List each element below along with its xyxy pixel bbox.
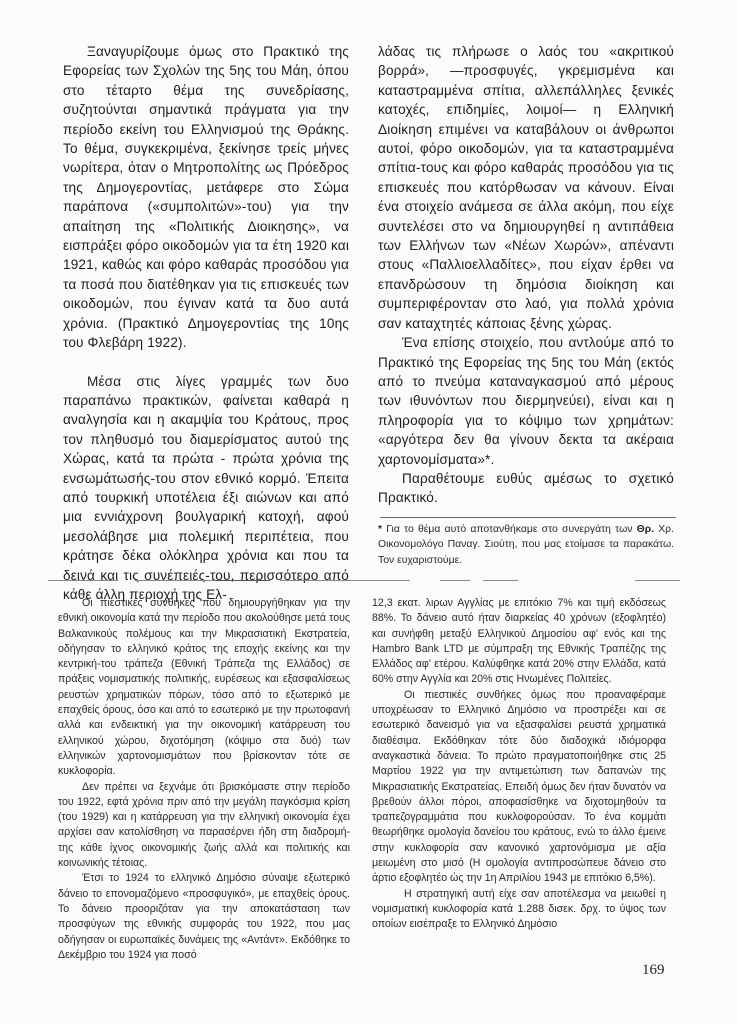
section-separator — [215, 580, 270, 581]
section-separator — [48, 580, 118, 581]
contribution-paragraph: Οι πιεστικές συνθήκες όμως που προαναφέρ… — [372, 688, 666, 887]
article-paragraph: Παραθέτουμε ευθύς αμέσως το σχετικό Πρακ… — [378, 469, 674, 508]
article-paragraph: Ένα επίσης στοιχείο, που αντλούμε από το… — [378, 333, 674, 469]
contribution-paragraph: Έτσι το 1924 το ελληνικό Δημόσιο σύναψε … — [58, 871, 350, 963]
contribution-paragraph: Η στρατηγική αυτή είχε σαν αποτέλεσμα να… — [372, 887, 666, 933]
article-paragraph: Ξαναγυρίζουμε όμως στο Πρακτικό της Εφορ… — [63, 42, 349, 353]
article-paragraph: Μέσα στις λίγες γραμμές των δυο παραπάνω… — [63, 372, 349, 605]
contribution-right-column: 12,3 εκατ. λιρων Αγγλίας με επιτόκιο 7% … — [372, 596, 666, 933]
footnote-bold-abbrev: Θρ. — [637, 524, 654, 535]
article-paragraph: λάδας τις πλήρωσε ο λαός του «ακριτικού … — [378, 42, 674, 333]
section-separator — [635, 580, 680, 581]
section-separator — [440, 580, 470, 581]
footnote-text: Για το θέμα αυτό αποτανθήκαμε στο συνεργ… — [382, 524, 637, 535]
footnote-rule — [380, 517, 676, 518]
contribution-paragraph: Δεν πρέπει να ξεχνάμε ότι βρισκόμαστε στ… — [58, 780, 350, 872]
contribution-left-column: Οι πιεστικές συνθήκες που δημιουργήθηκαν… — [58, 596, 350, 963]
page-number: 169 — [642, 962, 665, 979]
article-right-column: λάδας τις πλήρωσε ο λαός του «ακριτικού … — [378, 42, 674, 508]
article-left-column: Ξαναγυρίζουμε όμως στο Πρακτικό της Εφορ… — [63, 42, 349, 604]
contribution-paragraph: 12,3 εκατ. λιρων Αγγλίας με επιτόκιο 7% … — [372, 596, 666, 688]
footnote: * Για το θέμα αυτό αποτανθήκαμε στο συνε… — [378, 522, 674, 568]
contribution-paragraph: Οι πιεστικές συνθήκες που δημιουργήθηκαν… — [58, 596, 350, 780]
section-separator — [483, 580, 518, 581]
section-separator — [280, 580, 410, 581]
